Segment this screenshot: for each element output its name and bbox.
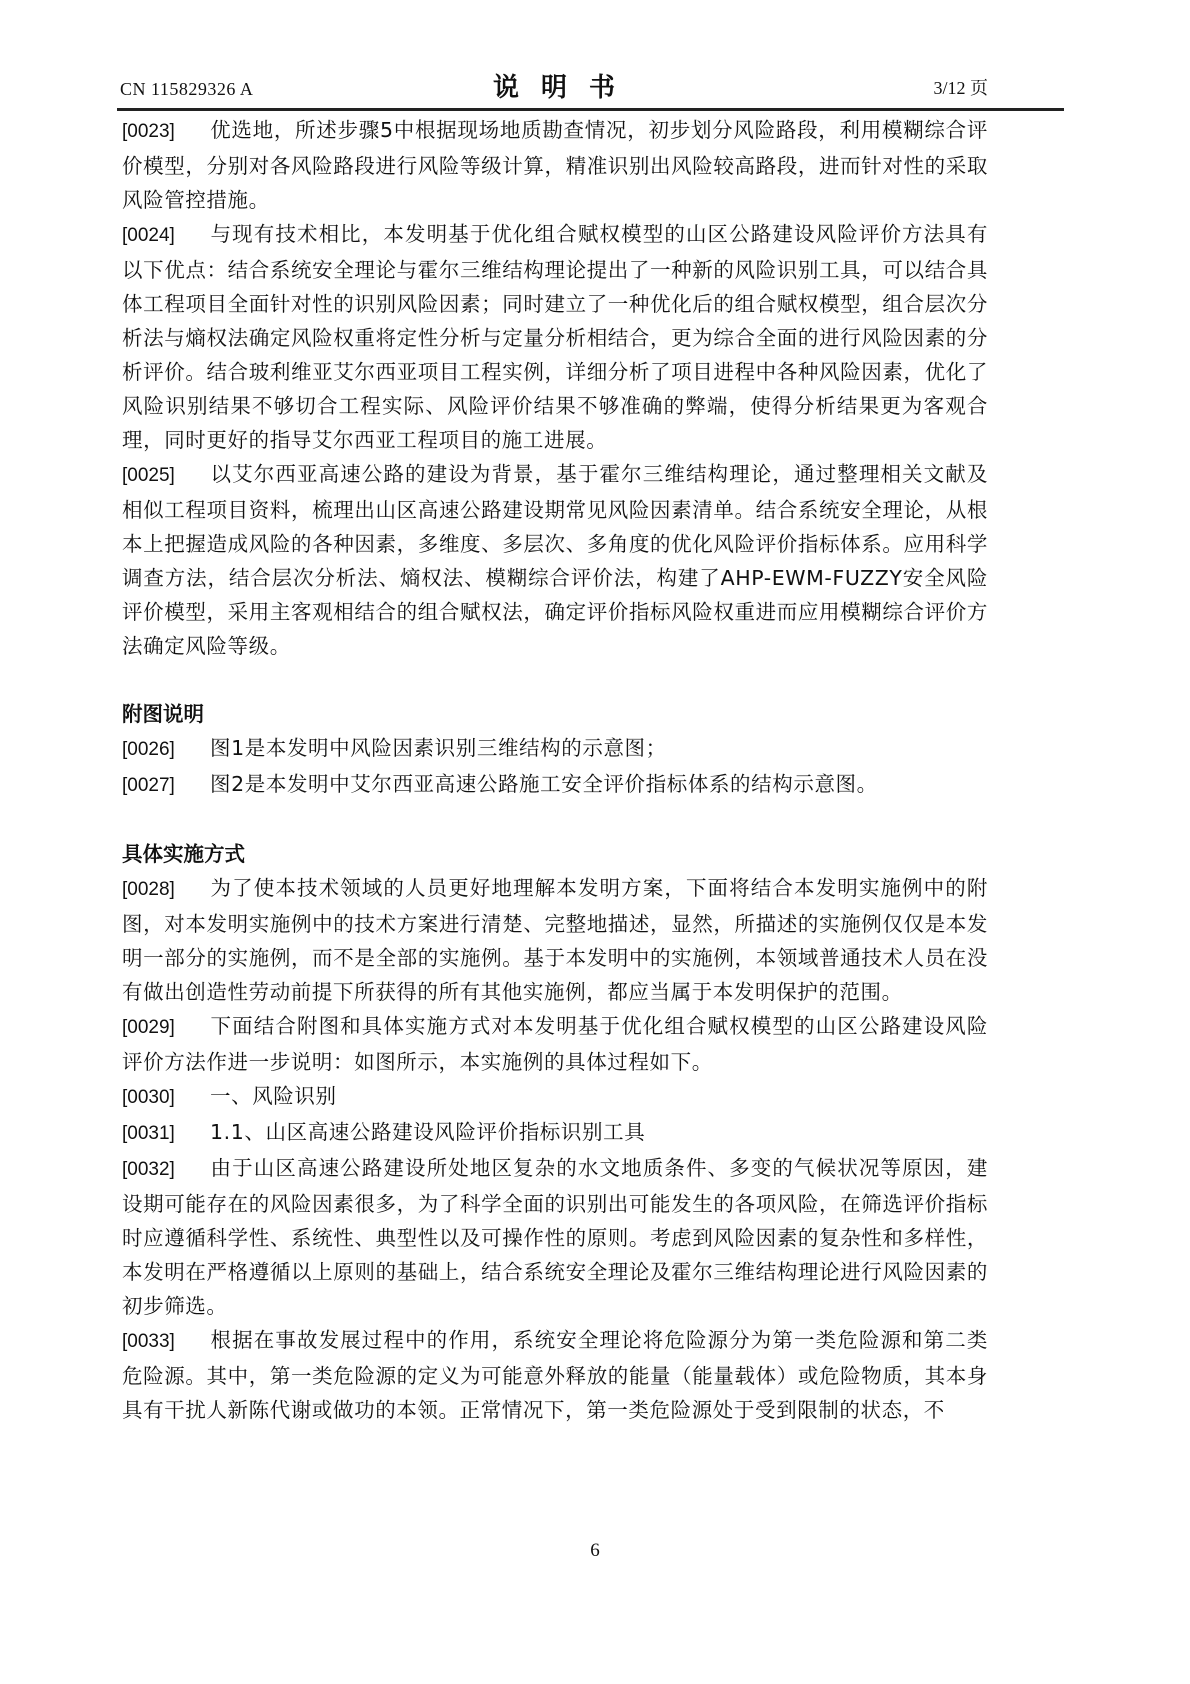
- page-header: CN 115829326 A 说明书 3/12 页: [120, 70, 988, 110]
- paragraph-text: 图2是本发明中艾尔西亚高速公路施工安全评价指标体系的结构示意图。: [210, 772, 878, 796]
- paragraph-0027: [0027]图2是本发明中艾尔西亚高速公路施工安全评价指标体系的结构示意图。: [122, 767, 988, 803]
- paragraph-number: [0028]: [122, 873, 210, 907]
- paragraph-0026: [0026]图1是本发明中风险因素识别三维结构的示意图；: [122, 731, 988, 767]
- paragraph-0029: [0029]下面结合附图和具体实施方式对本发明基于优化组合赋权模型的山区公路建设…: [122, 1009, 988, 1079]
- paragraph-text: 以艾尔西亚高速公路的建设为背景，基于霍尔三维结构理论，通过整理相关文献及相似工程…: [122, 462, 988, 658]
- document-body: [0023]优选地，所述步骤5中根据现场地质勘查情况，初步划分风险路段，利用模糊…: [122, 113, 988, 1427]
- page-indicator: 3/12 页: [933, 74, 988, 100]
- paragraph-text: 根据在事故发展过程中的作用，系统安全理论将危险源分为第一类危险源和第二类危险源。…: [122, 1328, 988, 1422]
- paragraph-0024: [0024]与现有技术相比，本发明基于优化组合赋权模型的山区公路建设风险评价方法…: [122, 217, 988, 457]
- paragraph-0023: [0023]优选地，所述步骤5中根据现场地质勘查情况，初步划分风险路段，利用模糊…: [122, 113, 988, 217]
- section-gap: [122, 663, 988, 697]
- section-heading-figures: 附图说明: [122, 697, 988, 731]
- paragraph-number: [0027]: [122, 769, 210, 803]
- document-title: 说明书: [120, 67, 988, 104]
- paragraph-number: [0033]: [122, 1325, 210, 1359]
- paragraph-0030: [0030]一、风险识别: [122, 1079, 988, 1115]
- document-page: CN 115829326 A 说明书 3/12 页 [0023]优选地，所述步骤…: [0, 0, 1190, 1684]
- section-gap: [122, 803, 988, 837]
- page-number: 6: [0, 1540, 1190, 1562]
- paragraph-text: 图1是本发明中风险因素识别三维结构的示意图；: [210, 736, 667, 760]
- paragraph-0032: [0032]由于山区高速公路建设所处地区复杂的水文地质条件、多变的气候状况等原因…: [122, 1151, 988, 1323]
- paragraph-number: [0024]: [122, 219, 210, 253]
- paragraph-number: [0031]: [122, 1117, 210, 1151]
- paragraph-text: 1.1、山区高速公路建设风险评价指标识别工具: [210, 1120, 645, 1144]
- paragraph-0031: [0031]1.1、山区高速公路建设风险评价指标识别工具: [122, 1115, 988, 1151]
- paragraph-number: [0023]: [122, 115, 210, 149]
- paragraph-text: 一、风险识别: [210, 1084, 337, 1108]
- header-rule: [117, 108, 1064, 111]
- paragraph-text: 优选地，所述步骤5中根据现场地质勘查情况，初步划分风险路段，利用模糊综合评价模型…: [122, 118, 988, 212]
- paragraph-text: 为了使本技术领域的人员更好地理解本发明方案，下面将结合本发明实施例中的附图，对本…: [122, 876, 988, 1004]
- paragraph-text: 下面结合附图和具体实施方式对本发明基于优化组合赋权模型的山区公路建设风险评价方法…: [122, 1014, 988, 1074]
- paragraph-0028: [0028]为了使本技术领域的人员更好地理解本发明方案，下面将结合本发明实施例中…: [122, 871, 988, 1009]
- section-heading-embodiment: 具体实施方式: [122, 837, 988, 871]
- paragraph-0033: [0033]根据在事故发展过程中的作用，系统安全理论将危险源分为第一类危险源和第…: [122, 1323, 988, 1427]
- paragraph-text: 由于山区高速公路建设所处地区复杂的水文地质条件、多变的气候状况等原因，建设期可能…: [122, 1156, 988, 1318]
- paragraph-0025: [0025]以艾尔西亚高速公路的建设为背景，基于霍尔三维结构理论，通过整理相关文…: [122, 457, 988, 663]
- paragraph-number: [0032]: [122, 1153, 210, 1187]
- paragraph-number: [0025]: [122, 459, 210, 493]
- paragraph-text: 与现有技术相比，本发明基于优化组合赋权模型的山区公路建设风险评价方法具有以下优点…: [122, 222, 988, 452]
- paragraph-number: [0029]: [122, 1011, 210, 1045]
- paragraph-number: [0026]: [122, 733, 210, 767]
- paragraph-number: [0030]: [122, 1081, 210, 1115]
